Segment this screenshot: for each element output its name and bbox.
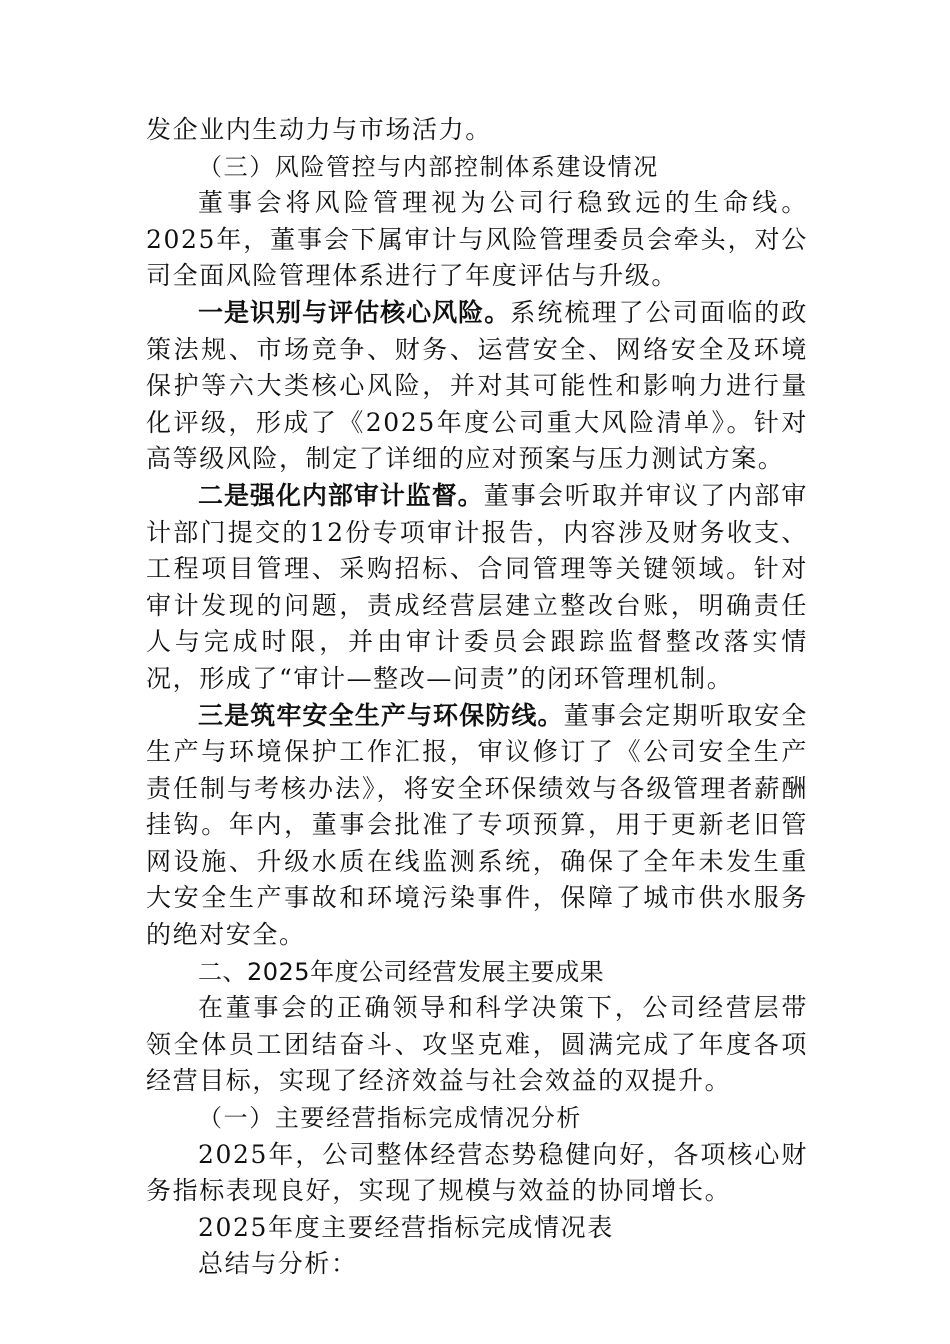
risk-intro-paragraph: 董事会将风险管理视为公司行稳致远的生命线。2025年，董事会下属审计与风险管理委… xyxy=(146,185,808,295)
chapter-heading-business-results: 二、2025年度公司经营发展主要成果 xyxy=(146,954,808,991)
risk-item-3-body: 董事会定期听取安全生产与环境保护工作汇报，审议修订了《公司安全生产责任制与考核办… xyxy=(146,701,808,950)
section-heading-indicators: （一）主要经营指标完成情况分析 xyxy=(146,1100,808,1137)
document-page: 发企业内生动力与市场活力。 （三）风险管控与内部控制体系建设情况 董事会将风险管… xyxy=(146,112,808,1283)
risk-item-3-paragraph: 三是筑牢安全生产与环保防线。董事会定期听取安全生产与环境保护工作汇报，审议修订了… xyxy=(146,698,808,954)
risk-item-1-lead: 一是识别与评估核心风险。 xyxy=(198,298,510,327)
risk-item-2-lead: 二是强化内部审计监督。 xyxy=(198,481,484,510)
indicators-intro-paragraph: 2025年，公司整体经营态势稳健向好，各项核心财务指标表现良好，实现了规模与效益… xyxy=(146,1137,808,1210)
risk-item-1-paragraph: 一是识别与评估核心风险。系统梳理了公司面临的政策法规、市场竞争、财务、运营安全、… xyxy=(146,295,808,478)
section-heading-risk-control: （三）风险管控与内部控制体系建设情况 xyxy=(146,149,808,186)
summary-label: 总结与分析： xyxy=(146,1246,808,1283)
risk-item-2-body: 董事会听取并审议了内部审计部门提交的12份专项审计报告，内容涉及财务收支、工程项… xyxy=(146,481,808,693)
continuation-paragraph: 发企业内生动力与市场活力。 xyxy=(146,112,808,149)
table-caption: 2025年度主要经营指标完成情况表 xyxy=(146,1210,808,1247)
risk-item-2-paragraph: 二是强化内部审计监督。董事会听取并审议了内部审计部门提交的12份专项审计报告，内… xyxy=(146,478,808,698)
risk-item-3-lead: 三是筑牢安全生产与环保防线。 xyxy=(198,701,564,730)
business-intro-paragraph: 在董事会的正确领导和科学决策下，公司经营层带领全体员工团结奋斗、攻坚克难，圆满完… xyxy=(146,990,808,1100)
